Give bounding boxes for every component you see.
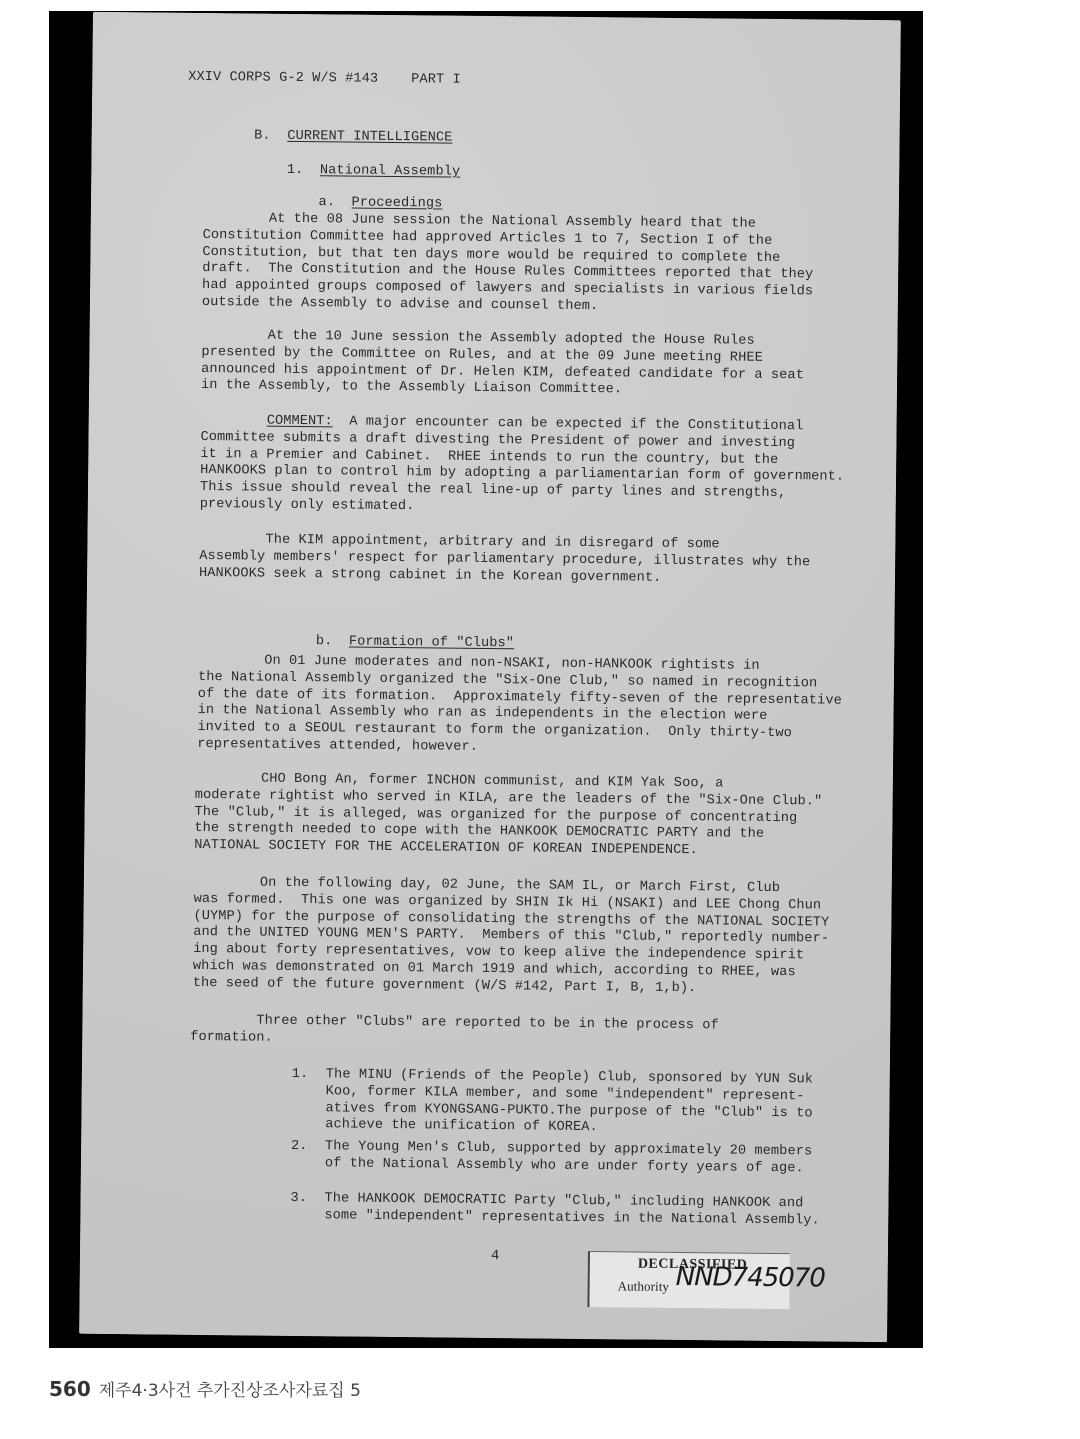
list-item-3: 3. The HANKOOK DEMOCRATIC Party "Club," … xyxy=(290,1191,340,1259)
section-1-title: National Assembly xyxy=(320,163,461,179)
section-b-label: B. xyxy=(254,128,271,143)
list-item-number: 2. xyxy=(291,1139,308,1156)
page-number: 4 xyxy=(491,1248,500,1265)
section-a-label: a. xyxy=(318,195,335,210)
list-item-text: The MINU (Friends of the People) Club, s… xyxy=(325,1067,813,1139)
book-title: 제주4·3사건 추가진상조사자료집 5 xyxy=(99,1381,361,1401)
document-header: XXIV CORPS G-2 W/S #143 PART I xyxy=(188,70,461,90)
paragraph-proceedings-1: At the 08 June session the National Asse… xyxy=(202,211,814,318)
paragraph-other-clubs: Three other "Clubs" are reported to be i… xyxy=(190,1013,719,1052)
book-footer: 560제주4·3사건 추가진상조사자료집 5 xyxy=(49,1376,361,1401)
paragraph-club-leaders: CHO Bong An, former INCHON communist, an… xyxy=(194,771,822,862)
paragraph-comment: COMMENT: A major encounter can be expect… xyxy=(200,413,845,521)
comment-label: COMMENT: xyxy=(267,414,333,430)
list-item-1: 1. The MINU (Friends of the People) Club… xyxy=(291,1067,341,1135)
comment-text: A major encounter can be expected if the… xyxy=(200,414,845,514)
typed-document: XXIV CORPS G-2 W/S #143 PART I B. CURREN… xyxy=(79,12,901,1342)
paragraph-proceedings-2: At the 10 June session the Assembly adop… xyxy=(201,328,804,401)
document-page: XXIV CORPS G-2 W/S #143 PART I B. CURREN… xyxy=(79,12,901,1342)
list-item-number: 1. xyxy=(292,1067,309,1084)
list-item-text: The HANKOOK DEMOCRATIC Party "Club," inc… xyxy=(324,1191,820,1230)
list-item-number: 3. xyxy=(290,1191,307,1208)
stamp-authority-value: NND745070 xyxy=(676,1269,825,1287)
section-a-title: Proceedings xyxy=(351,195,442,211)
stamp-authority-label: Authority xyxy=(618,1278,670,1295)
paragraph-sam-il-club: On the following day, 02 June, the SAM I… xyxy=(193,875,830,999)
section-1-label: 1. xyxy=(287,163,304,178)
paragraph-kim-appointment: The KIM appointment, arbitrary and in di… xyxy=(199,532,811,589)
section-b2-label: b. xyxy=(316,634,333,649)
section-b2-title: Formation of "Clubs" xyxy=(349,634,514,651)
section-b-title: CURRENT INTELLIGENCE xyxy=(287,129,452,146)
declassified-stamp: DECLASSIFIED Authority NND745070 xyxy=(587,1251,790,1309)
paragraph-six-one-club: On 01 June moderates and non-NSAKI, non-… xyxy=(197,653,842,761)
list-item-text: The Young Men's Club, supported by appro… xyxy=(325,1139,813,1178)
book-page-number: 560 xyxy=(49,1377,91,1401)
